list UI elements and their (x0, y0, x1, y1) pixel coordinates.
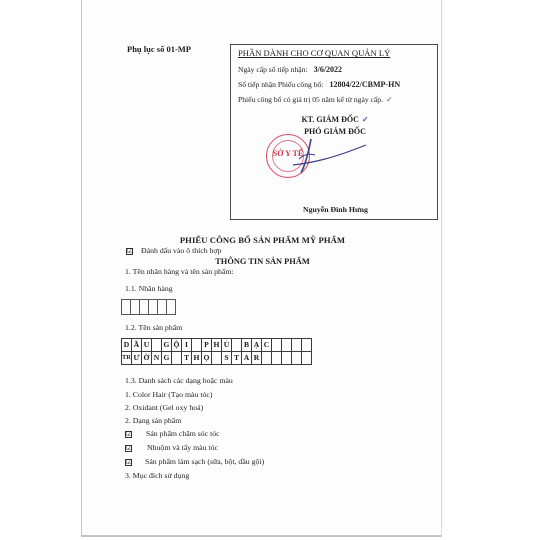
receipt-date-value: 3/6/2022 (314, 65, 342, 74)
handwritten-tick-icon: ✓ (386, 95, 393, 104)
checkbox-checked-icon: ☑ (126, 248, 133, 255)
appendix-label: Phụ lục số 01-MP (127, 44, 191, 54)
checkbox-checked-icon: ☑ (125, 431, 132, 438)
product-name-grid-cell: H (212, 339, 222, 352)
product-name-grid-cell (292, 352, 302, 365)
form-title: PHIẾU CÔNG BỐ SẢN PHẨM MỸ PHẨM (82, 235, 443, 245)
receipt-number-label: Số tiếp nhận Phiếu công bố: (238, 80, 323, 89)
item-1-label: 1. Tên nhãn hàng và tên sản phẩm: (125, 267, 234, 276)
product-name-grid-cell: I (182, 339, 192, 352)
product-name-grid-cell: Ủ (222, 339, 232, 352)
checkbox-checked-icon: ☑ (125, 459, 132, 466)
product-name-grid-cell: D (122, 339, 132, 352)
signatory-title-2: PHÓ GIÁM ĐỐC (231, 127, 439, 136)
brand-grid-cell (122, 300, 131, 315)
product-name-grid-cell (272, 339, 282, 352)
product-name-grid-cell: R (252, 352, 262, 365)
brand-name-grid (121, 299, 176, 315)
agency-box-title: PHẦN DÀNH CHO CƠ QUAN QUẢN LÝ (238, 48, 390, 58)
receipt-number-value: 12804/22/CBMP-HN (329, 80, 400, 89)
brand-grid-cell (149, 300, 158, 315)
product-name-grid-cell (302, 352, 312, 365)
variant-item: 2. Oxidant (Gel oxy hoá) (125, 403, 203, 412)
product-name-grid: DẦUGỘIPHỦBẠCTRƯỜNGTHỌSTAR (121, 338, 312, 365)
product-type-item: ☑Sản phẩm chăm sóc tóc (125, 429, 220, 438)
signature-icon (291, 137, 371, 177)
checkbox-checked-icon: ☑ (125, 445, 132, 452)
product-name-grid-cell (272, 352, 282, 365)
variant-item: 1. Color Hair (Tạo màu tóc) (125, 390, 212, 399)
signatory-title-1: KT. GIÁM ĐỐC✓ (231, 115, 439, 124)
product-name-grid-cell (232, 339, 242, 352)
product-name-grid-cell: S (222, 352, 232, 365)
product-name-grid-row: TRƯỜNGTHỌSTAR (122, 352, 312, 365)
product-name-grid-cell (282, 339, 292, 352)
product-name-grid-cell: T (182, 352, 192, 365)
brand-grid-cell (131, 300, 140, 315)
item-1-3-label: 1.3. Danh sách các dạng hoặc màu (125, 376, 233, 385)
product-name-grid-row: DẦUGỘIPHỦBẠC (122, 339, 312, 352)
validity-text: Phiếu công bố có giá trị 05 năm kể từ ng… (238, 95, 383, 104)
product-name-grid-cell: P (202, 339, 212, 352)
product-name-grid-cell (262, 352, 272, 365)
item-3-label: 3. Mục đích sử dụng (125, 471, 189, 480)
signer-name: Nguyễn Đình Hưng (303, 205, 368, 214)
brand-grid-cell (140, 300, 149, 315)
product-name-grid-cell (152, 339, 162, 352)
product-name-grid-cell (192, 339, 202, 352)
product-name-grid-cell: T (232, 352, 242, 365)
agency-use-box: PHẦN DÀNH CHO CƠ QUAN QUẢN LÝ Ngày cấp s… (230, 44, 438, 220)
section-title: THÔNG TIN SẢN PHẨM (82, 257, 443, 266)
product-name-grid-cell: A (242, 352, 252, 365)
product-name-grid-cell: G (162, 352, 172, 365)
product-name-grid-cell: Ầ (132, 339, 142, 352)
item-1-2-label: 1.2. Tên sản phẩm (125, 323, 182, 332)
product-name-grid-cell: N (152, 352, 162, 365)
product-name-grid-cell (212, 352, 222, 365)
validity-line: Phiếu công bố có giá trị 05 năm kể từ ng… (238, 95, 393, 104)
product-name-grid-cell (172, 352, 182, 365)
brand-grid-cell (167, 300, 176, 315)
product-name-grid-cell: H (192, 352, 202, 365)
product-name-grid-cell: Ạ (252, 339, 262, 352)
product-type-item: ☑Nhuộm và tẩy màu tóc (125, 443, 218, 452)
receipt-date-line: Ngày cấp số tiếp nhận:3/6/2022 (238, 65, 342, 74)
product-name-grid-cell: B (242, 339, 252, 352)
product-name-grid-cell (282, 352, 292, 365)
receipt-number-line: Số tiếp nhận Phiếu công bố:12804/22/CBMP… (238, 80, 400, 89)
product-name-grid-cell (302, 339, 312, 352)
instruction-text: Đánh dấu vào ô thích hợp (141, 246, 222, 255)
product-name-grid-cell: Ư (132, 352, 142, 365)
product-name-grid-cell (292, 339, 302, 352)
scanned-document-page: Phụ lục số 01-MP PHẦN DÀNH CHO CƠ QUAN Q… (81, 0, 442, 537)
product-name-grid-cell: C (262, 339, 272, 352)
item-2-label: 2. Dạng sản phẩm (125, 416, 181, 425)
item-1-1-label: 1.1. Nhãn hàng (125, 284, 173, 293)
product-name-grid-cell: U (142, 339, 152, 352)
product-type-item: ☑Sản phẩm làm sạch (sữa, bột, dầu gội) (125, 457, 264, 466)
brand-grid-cell (158, 300, 167, 315)
receipt-date-label: Ngày cấp số tiếp nhận: (238, 65, 308, 74)
product-name-grid-cell: Ộ (172, 339, 182, 352)
product-name-grid-cell: TR (122, 352, 132, 365)
product-name-grid-cell: Ờ (142, 352, 152, 365)
handwritten-tick-icon: ✓ (362, 115, 369, 124)
product-name-grid-cell: G (162, 339, 172, 352)
product-name-grid-cell: Ọ (202, 352, 212, 365)
instruction-line: ☑Đánh dấu vào ô thích hợp (126, 246, 222, 255)
